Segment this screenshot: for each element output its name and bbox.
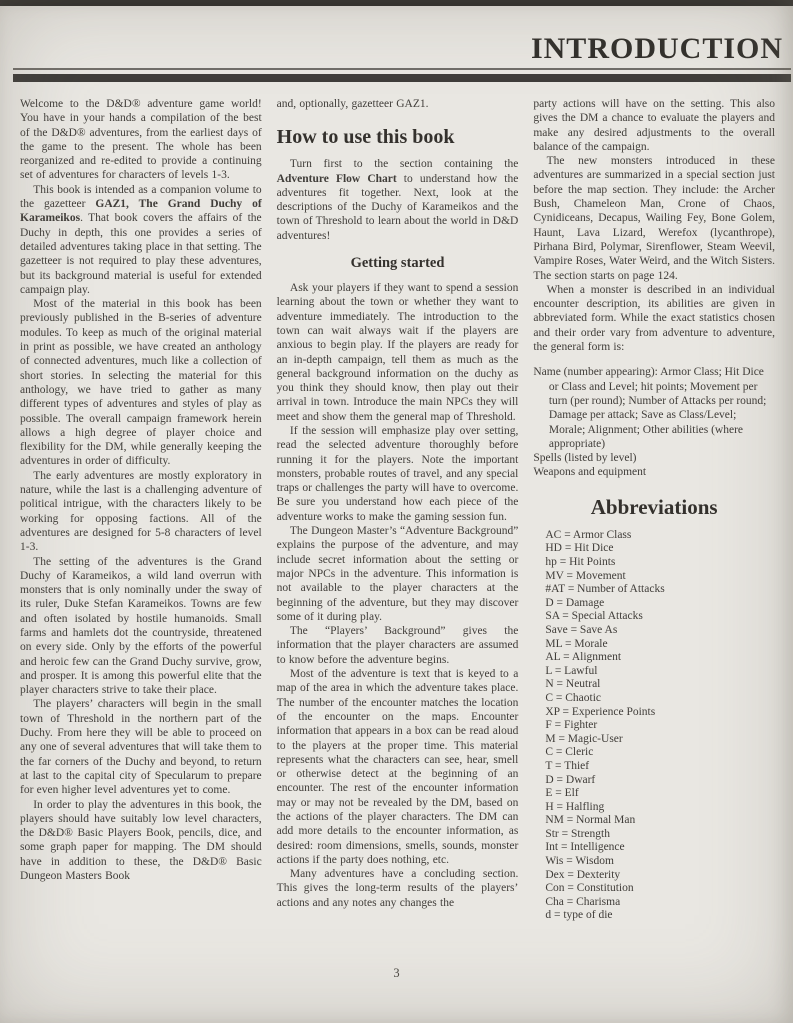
stat-format-line: Weapons and equipment — [533, 465, 775, 479]
abbreviation-item: #AT = Number of Attacks — [545, 583, 775, 597]
abbreviations-list: AC = Armor ClassHD = Hit Dicehp = Hit Po… — [533, 529, 775, 923]
abbreviation-item: D = Dwarf — [545, 774, 775, 788]
abbreviation-item: E = Elf — [545, 787, 775, 801]
paragraph: Turn first to the section containing the… — [277, 157, 519, 243]
paragraph: The early adventures are mostly explorat… — [20, 469, 262, 555]
abbreviation-item: Wis = Wisdom — [545, 855, 775, 869]
abbreviation-item: H = Halfling — [545, 801, 775, 815]
abbreviation-item: C = Cleric — [545, 746, 775, 760]
abbreviation-item: N = Neutral — [545, 678, 775, 692]
abbreviation-item: D = Damage — [545, 597, 775, 611]
title-rule-thick — [13, 74, 791, 82]
scan-top-edge — [0, 0, 793, 6]
abbreviation-item: ML = Morale — [545, 638, 775, 652]
paragraph: Most of the adventure is text that is ke… — [277, 667, 519, 867]
abbreviation-item: M = Magic-User — [545, 733, 775, 747]
paragraph: When a monster is described in an indivi… — [533, 283, 775, 354]
paragraph: and, optionally, gazetteer GAZ1. — [277, 97, 519, 111]
abbreviation-item: XP = Experience Points — [545, 706, 775, 720]
paragraph: Many adventures have a concluding sectio… — [277, 867, 519, 910]
abbreviation-item: NM = Normal Man — [545, 814, 775, 828]
abbreviation-item: Int = Intelligence — [545, 841, 775, 855]
paragraph: In order to play the adventures in this … — [20, 798, 262, 884]
section-heading: How to use this book — [277, 126, 519, 148]
paragraph: The Dungeon Master’s “Adventure Backgrou… — [277, 524, 519, 624]
title-rule-thin — [13, 68, 791, 70]
page-title: INTRODUCTION — [531, 32, 783, 66]
paragraph: Most of the material in this book has be… — [20, 297, 262, 469]
text-column-2: and, optionally, gazetteer GAZ1.How to u… — [277, 97, 519, 910]
paragraph: The new monsters introduced in these adv… — [533, 154, 775, 283]
abbreviation-item: hp = Hit Points — [545, 556, 775, 570]
paragraph: The setting of the adventures is the Gra… — [20, 555, 262, 698]
abbreviation-item: Save = Save As — [545, 624, 775, 638]
text-column-1: Welcome to the D&D® adventure game world… — [20, 97, 262, 883]
abbreviation-item: T = Thief — [545, 760, 775, 774]
abbreviation-item: Cha = Charisma — [545, 896, 775, 910]
content-columns: Welcome to the D&D® adventure game world… — [20, 97, 775, 923]
abbreviation-item: SA = Special Attacks — [545, 610, 775, 624]
abbreviation-item: MV = Movement — [545, 570, 775, 584]
abbreviation-item: AC = Armor Class — [545, 529, 775, 543]
paragraph: If the session will emphasize play over … — [277, 424, 519, 524]
subsection-heading: Getting started — [277, 256, 519, 272]
abbreviation-item: Con = Constitution — [545, 882, 775, 896]
abbreviation-item: d = type of die — [545, 909, 775, 923]
abbreviation-item: Str = Strength — [545, 828, 775, 842]
abbreviations-heading: Abbreviations — [533, 496, 775, 519]
stat-format-line: Spells (listed by level) — [533, 451, 775, 465]
abbreviation-item: AL = Alignment — [545, 651, 775, 665]
page-number: 3 — [0, 966, 793, 981]
abbreviation-item: F = Fighter — [545, 719, 775, 733]
abbreviation-item: L = Lawful — [545, 665, 775, 679]
paragraph: party actions will have on the setting. … — [533, 97, 775, 154]
paragraph: The players’ characters will begin in th… — [20, 697, 262, 797]
paragraph: Welcome to the D&D® adventure game world… — [20, 97, 262, 183]
abbreviation-item: C = Chaotic — [545, 692, 775, 706]
paragraph: Ask your players if they want to spend a… — [277, 281, 519, 424]
paragraph: This book is intended as a companion vol… — [20, 183, 262, 297]
abbreviation-item: HD = Hit Dice — [545, 542, 775, 556]
paragraph: The “Players’ Background” gives the info… — [277, 624, 519, 667]
stat-format-line: Name (number appearing): Armor Class; Hi… — [533, 365, 775, 451]
abbreviation-item: Dex = Dexterity — [545, 869, 775, 883]
text-column-3: party actions will have on the setting. … — [533, 97, 775, 923]
